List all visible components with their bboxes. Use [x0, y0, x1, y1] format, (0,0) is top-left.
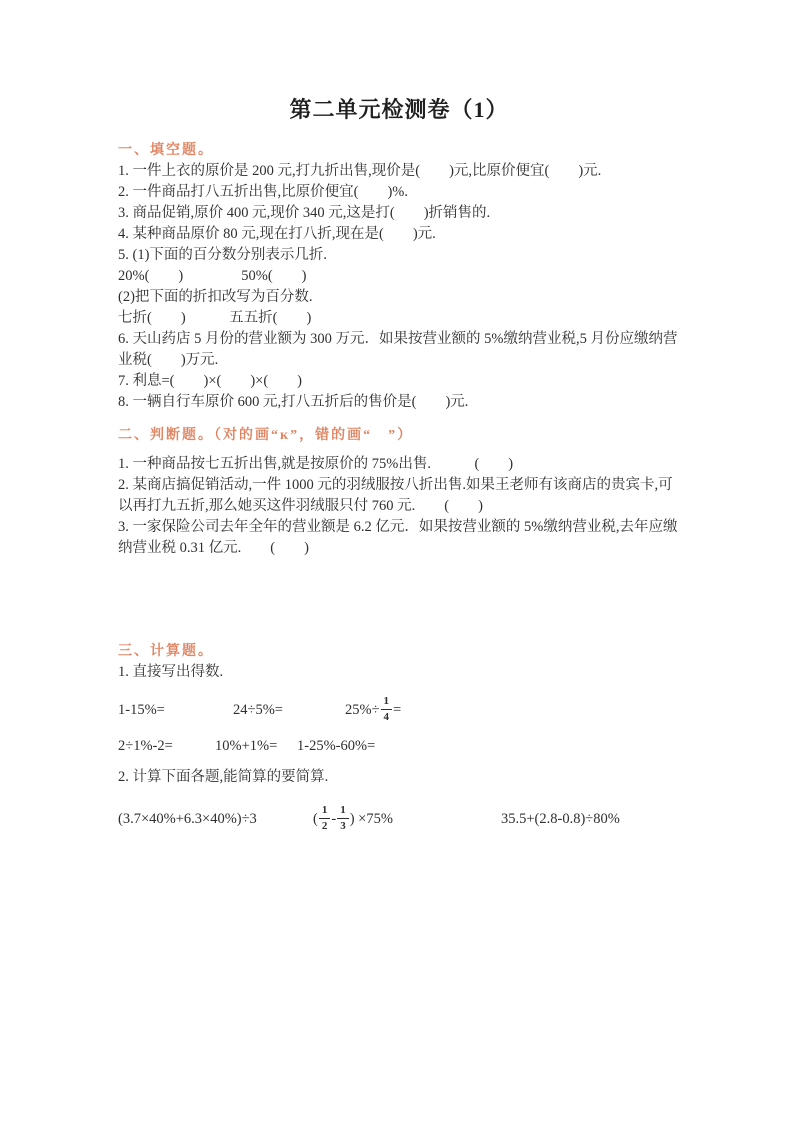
calc-expression: (12-13) ×75% [313, 806, 501, 833]
section-heading-judge: 二、判断题。（对的画“к”，错的画“ ”） [118, 425, 680, 446]
fill-question-1: 1. 一件上衣的原价是 200 元,打九折出售,现价是( )元,比原价便宜( )… [118, 161, 680, 182]
fill-question-5-blanks-discount: 七折( ) 五五折( ) [118, 308, 680, 329]
calc-section: 三、计算题。 1. 直接写出得数. 1-15%=24÷5%=25%÷14= 2÷… [118, 641, 680, 833]
fill-question-3: 3. 商品促销,原价 400 元,现价 340 元,这是打( )折销售的. [118, 203, 680, 224]
page-title: 第二单元检测卷（1） [118, 96, 680, 124]
calc-part2-label: 2. 计算下面各题,能简算的要简算. [118, 767, 680, 788]
section-heading-fill: 一、填空题。 [118, 140, 680, 161]
calc-expression: 25%÷14= [345, 697, 401, 724]
oral-calc-row-1: 1-15%=24÷5%=25%÷14= [118, 697, 680, 724]
fill-question-5-blanks-percent: 20%( ) 50%( ) [118, 266, 680, 287]
fill-question-list: 1. 一件上衣的原价是 200 元,打九折出售,现价是( )元,比原价便宜( )… [118, 161, 680, 413]
fill-question-5-part1: 5. (1)下面的百分数分别表示几折. [118, 245, 680, 266]
expression-text: - [331, 811, 336, 827]
fill-question-2: 2. 一件商品打八五折出售,比原价便宜( )%. [118, 182, 680, 203]
fraction: 14 [381, 696, 393, 723]
fraction-numerator: 1 [337, 805, 349, 819]
expression-text: 25%÷ [345, 702, 380, 718]
calc-expression: (3.7×40%+6.3×40%)÷3 [118, 809, 313, 830]
calc-expression: 10%+1%= [215, 736, 297, 757]
calc-expression: 24÷5%= [233, 700, 345, 721]
fill-question-8: 8. 一辆自行车原价 600 元,打八五折后的售价是( )元. [118, 392, 680, 413]
expression-text: ( [313, 811, 318, 827]
calc-expression: 2÷1%-2= [118, 736, 215, 757]
fraction-denominator: 2 [322, 819, 328, 832]
fraction-denominator: 3 [340, 819, 346, 832]
fraction: 12 [319, 805, 331, 832]
judge-question-list: 1. 一种商品按七五折出售,就是按原价的 75%出售. ( ) 2. 某商店搞促… [118, 454, 680, 559]
section-heading-calc: 三、计算题。 [118, 641, 680, 662]
fraction-denominator: 4 [384, 710, 390, 723]
calc-part1-label: 1. 直接写出得数. [118, 662, 680, 683]
calc-expression: 1-25%-60%= [297, 736, 375, 757]
oral-calc-row-2: 2÷1%-2=10%+1%=1-25%-60%= [118, 736, 680, 757]
page-content: 第二单元检测卷（1） 一、填空题。 1. 一件上衣的原价是 200 元,打九折出… [118, 0, 680, 833]
expression-text: ) ×75% [350, 811, 393, 827]
fraction: 13 [337, 805, 349, 832]
written-calc-row: (3.7×40%+6.3×40%)÷3(12-13) ×75%35.5+(2.8… [118, 806, 680, 833]
fill-question-7: 7. 利息=( )×( )×( ) [118, 371, 680, 392]
calc-expression: 35.5+(2.8-0.8)÷80% [501, 809, 620, 830]
judge-question-3: 3. 一家保险公司去年全年的营业额是 6.2 亿元．如果按营业额的 5%缴纳营业… [118, 517, 680, 559]
fill-question-4: 4. 某种商品原价 80 元,现在打八折,现在是( )元. [118, 224, 680, 245]
judge-question-1: 1. 一种商品按七五折出售,就是按原价的 75%出售. ( ) [118, 454, 680, 475]
fill-question-6: 6. 天山药店 5 月份的营业额为 300 万元．如果按营业额的 5%缴纳营业税… [118, 329, 680, 371]
calc-expression: 1-15%= [118, 700, 233, 721]
expression-text: = [393, 702, 401, 718]
fraction-numerator: 1 [319, 805, 331, 819]
judge-question-2: 2. 某商店搞促销活动,一件 1000 元的羽绒服按八折出售.如果王老师有该商店… [118, 475, 680, 517]
fill-question-5-part2: (2)把下面的折扣改写为百分数. [118, 287, 680, 308]
test-paper-page: 第二单元检测卷（1） 一、填空题。 1. 一件上衣的原价是 200 元,打九折出… [0, 0, 793, 1122]
fraction-numerator: 1 [381, 696, 393, 710]
